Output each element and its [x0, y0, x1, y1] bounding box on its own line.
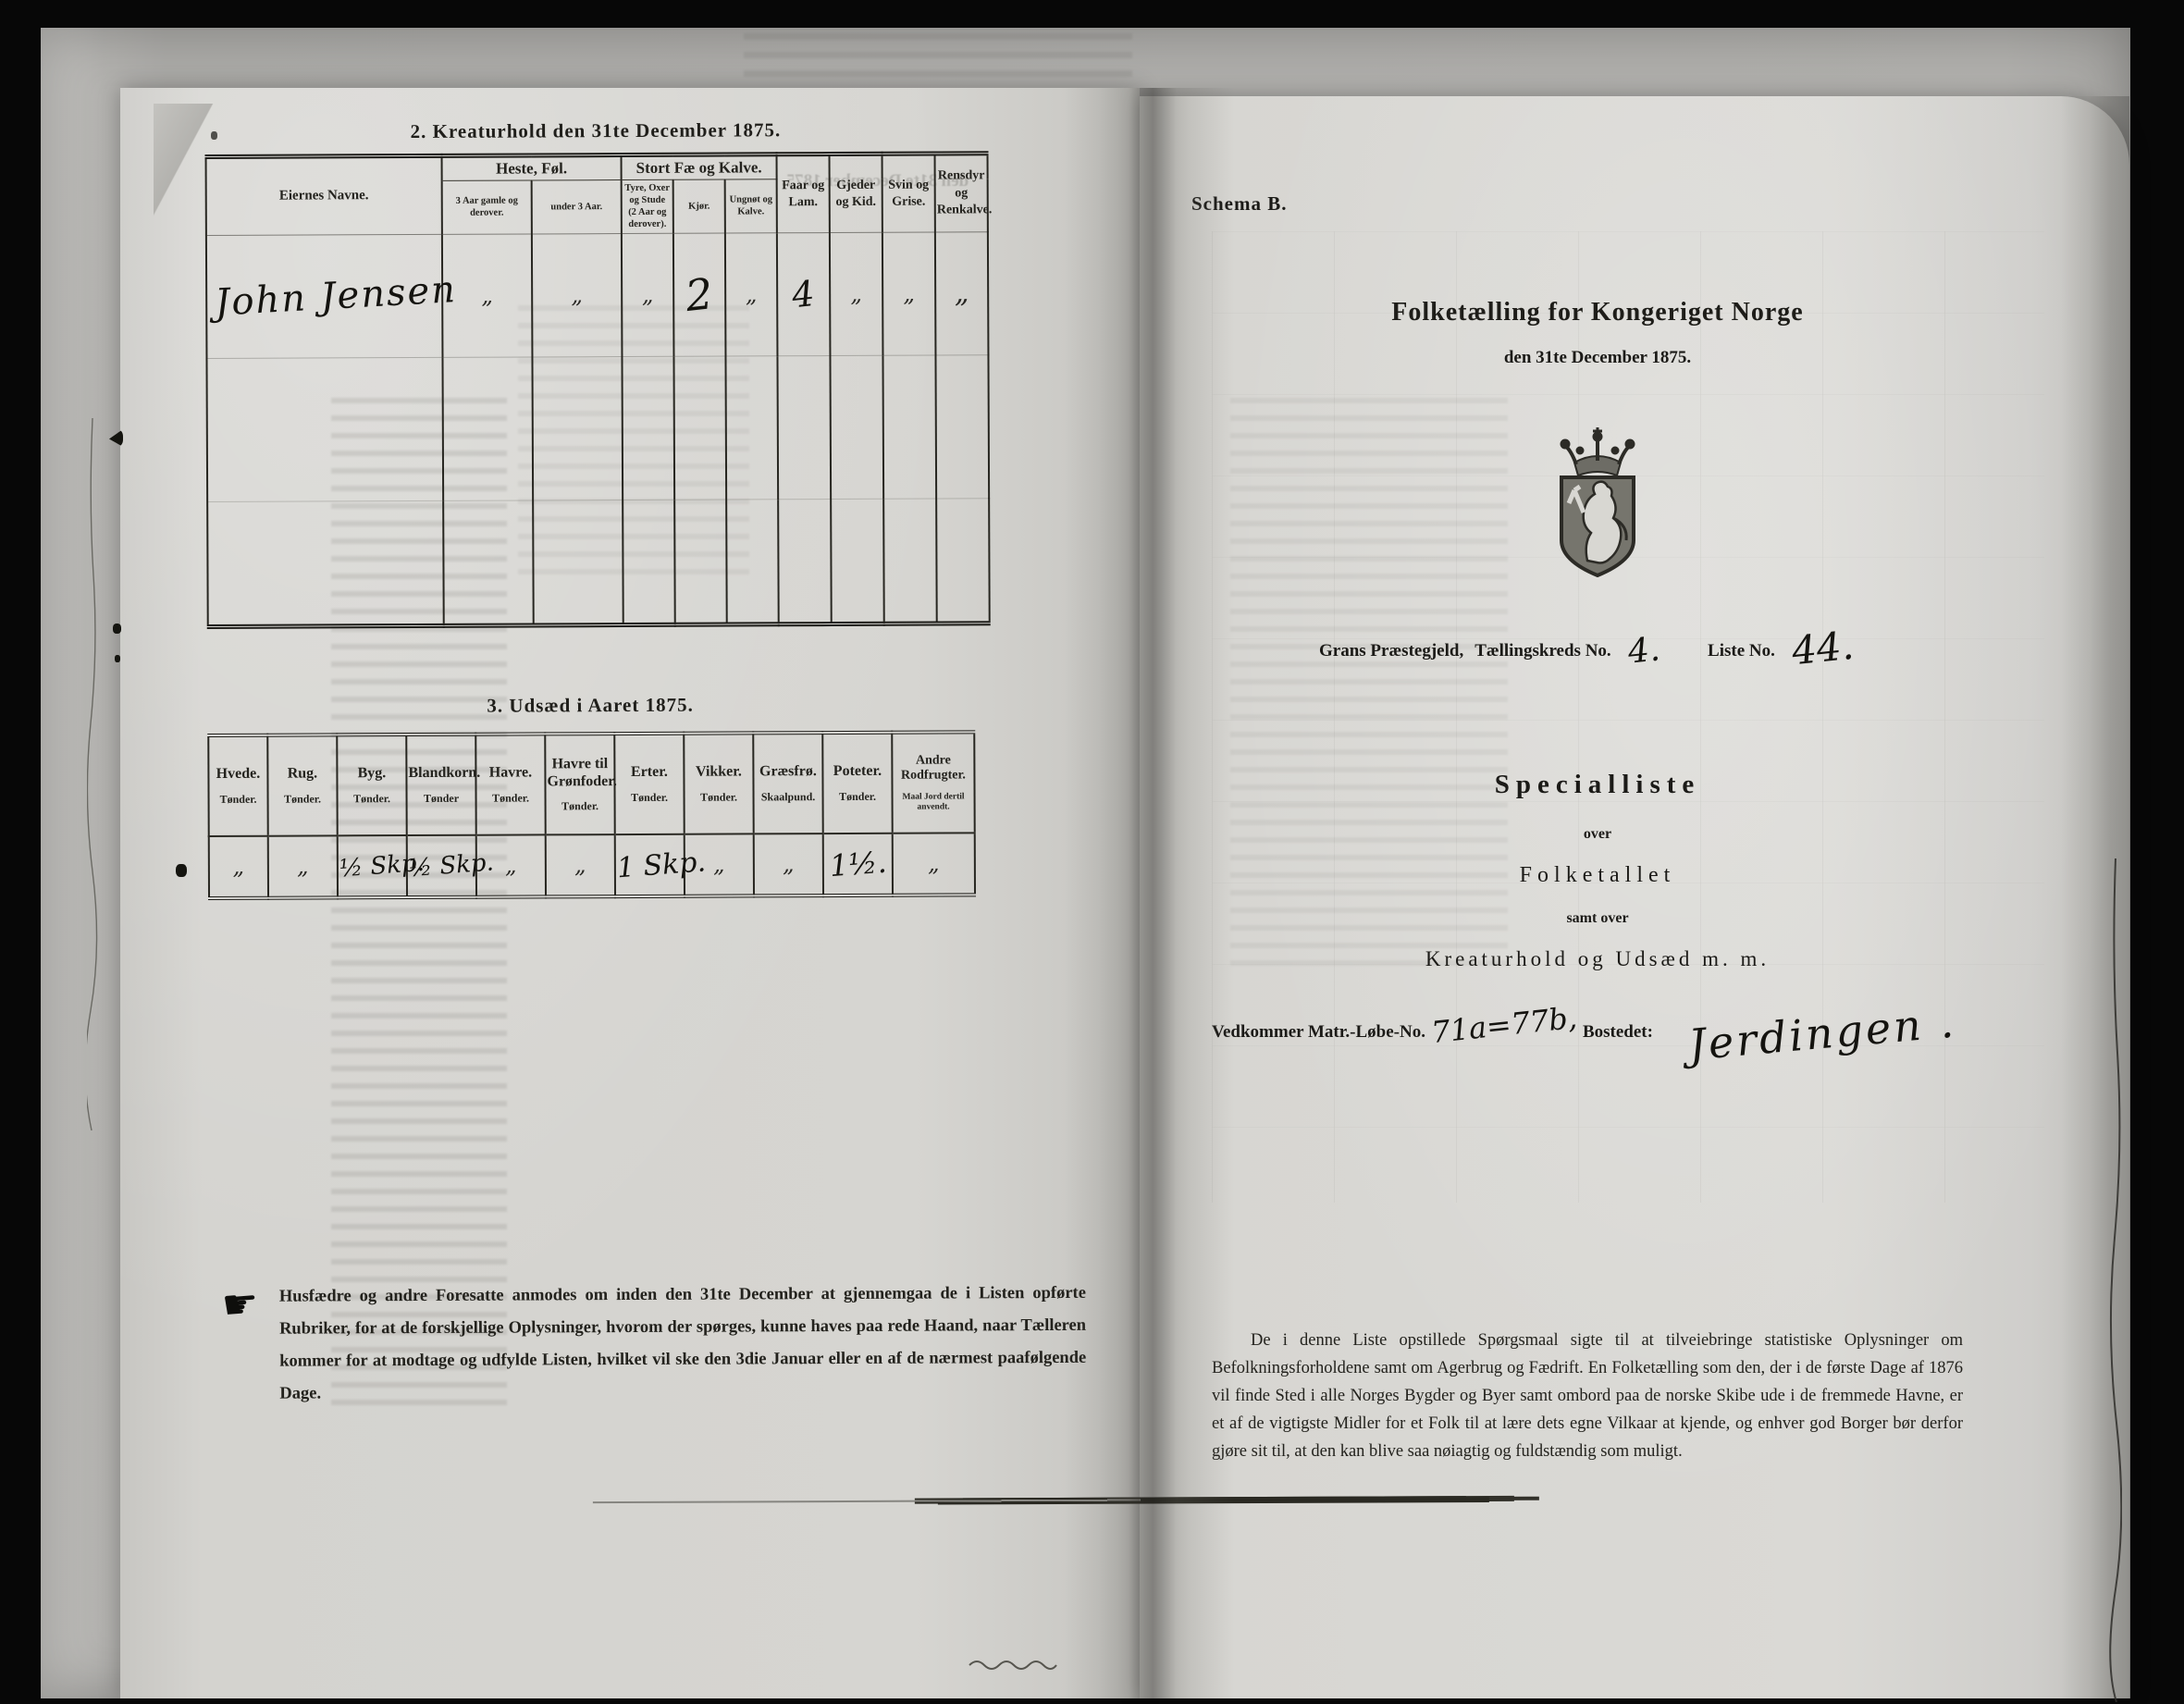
value-cell-goats: „	[830, 232, 883, 355]
crop-unit: Maal Jord dertil anvendt.	[895, 793, 973, 813]
crop-value-erter: 1 Skp.	[615, 834, 685, 896]
crop-col-rug: Rug.Tønder.	[267, 735, 337, 835]
crop-label: Havre.	[477, 765, 543, 783]
property-line: Vedkommer Matr.-Løbe-No. 71a=77b, Bosted…	[1212, 1007, 2091, 1058]
crop-value-graesfro: „	[754, 833, 823, 895]
handwritten-value: „	[850, 280, 862, 306]
col-header-owner: Eiernes Navne.	[206, 155, 442, 235]
crop-unit: Tønder.	[686, 790, 752, 804]
handwritten-value: „	[505, 853, 517, 879]
handwritten-value: „	[574, 852, 586, 878]
handwritten-list-number: 44.	[1789, 623, 1856, 674]
empty-row	[207, 498, 990, 626]
crop-col-byg: Byg.Tønder.	[337, 735, 406, 835]
special-list-heading: Specialliste over Folketallet samt over …	[1166, 770, 2030, 971]
crop-value-rodfrugter: „	[893, 833, 975, 895]
film-top-bleed-texture	[744, 33, 1132, 87]
crop-label: Græsfrø.	[755, 763, 821, 781]
crops-header-row: Hvede.Tønder. Rug.Tønder. Byg.Tønder. Bl…	[208, 732, 974, 836]
crop-col-blandkorn: Blandkorn.Tønder	[406, 735, 475, 835]
census-title: Folketælling for Kongeriget Norge	[1166, 298, 2030, 327]
empty-cell	[443, 500, 534, 624]
heading-specialliste: Specialliste	[1166, 770, 2030, 800]
handwritten-value: 1 Skp.	[616, 846, 707, 884]
left-page-content: 2. Kreaturhold den 31te December 1875. E…	[117, 86, 1143, 1701]
handwritten-value: „	[571, 282, 583, 308]
crop-col-graesfro: Græsfrø.Skaalpund.	[753, 733, 822, 833]
handwritten-value: „	[783, 851, 795, 877]
crop-unit: Skaalpund.	[756, 790, 821, 804]
value-cell-calves: „	[725, 232, 778, 355]
col-header-reindeer: Rensdyr og Renkalve.	[935, 154, 988, 232]
crop-unit: Tønder.	[548, 799, 613, 813]
crop-unit: Tønder.	[825, 789, 891, 803]
empty-cell	[830, 355, 883, 499]
empty-cell	[883, 499, 937, 624]
empty-cell	[882, 355, 936, 499]
heading-kreaturhold: Kreaturhold og Udsæd m. m.	[1166, 947, 2030, 971]
crop-value-poteter: 1½.	[823, 833, 893, 895]
handwritten-value: 1½.	[828, 845, 887, 883]
crop-label: Poteter.	[824, 763, 890, 781]
empty-cell	[533, 500, 623, 624]
crop-unit: Tønder.	[478, 791, 544, 805]
list-number-label: Liste No.	[1708, 641, 1775, 661]
empty-cell	[622, 356, 674, 500]
notice-paragraph: Husfædre og andre Foresatte anmodes om i…	[279, 1278, 1087, 1411]
manicule-icon: ☛	[220, 1279, 260, 1329]
empty-cell	[207, 500, 444, 626]
crop-unit: Tønder.	[617, 790, 683, 804]
value-cell-sheep: 4	[777, 232, 831, 355]
value-cell-reindeer: „	[935, 231, 989, 354]
crop-label: Blandkorn.	[408, 765, 474, 783]
crop-col-havre-gronfoder: Havre til Grønfoder.Tønder.	[545, 734, 614, 834]
value-cell-bulls: „	[622, 233, 674, 356]
crop-label: Andre Rodfrugter.	[894, 753, 972, 784]
handwritten-value: 2	[684, 268, 716, 321]
value-cell-cows: 2	[673, 233, 726, 356]
crop-col-vikker: Vikker.Tønder.	[684, 733, 753, 833]
empty-cell	[442, 356, 533, 500]
livestock-entry-row: John Jensen „ „ „ 2 „ 4 „ „ „	[206, 231, 989, 358]
empty-row	[206, 354, 989, 501]
heading-over: over	[1166, 826, 2030, 843]
col-group-horses: Heste, Føl.	[442, 155, 622, 181]
census-district-label: Tællingskreds No.	[1475, 641, 1610, 661]
norway-coat-of-arms-icon	[1543, 422, 1652, 590]
faint-rule	[593, 1500, 1141, 1504]
col-group-cattle: Stort Fæ og Kalve.	[622, 154, 777, 180]
dust-speck	[211, 131, 217, 140]
col-subheader-calves: Ungnøt og Kalve.	[725, 179, 777, 233]
handwritten-value: „	[928, 851, 940, 877]
handwritten-value: „	[297, 854, 309, 880]
crop-value-byg: ½ Skp.	[338, 835, 407, 897]
handwritten-value: „	[481, 282, 493, 308]
col-header-sheep: Faar og Lam.	[777, 154, 830, 233]
crops-entry-row: „ „ ½ Skp. ½ Skp. „ „ 1 Skp. „ „ 1½. „	[209, 833, 975, 898]
empty-cell	[206, 357, 443, 501]
residence-label: Bostedet:	[1583, 1022, 1653, 1042]
col-subheader-bulls: Tyre, Oxer og Stude (2 Aar og derover).	[622, 179, 673, 233]
census-title-block: Folketælling for Kongeriget Norge den 31…	[1166, 298, 2030, 368]
crop-label: Erter.	[616, 764, 682, 782]
ink-speck	[115, 655, 120, 662]
handwritten-owner-name: John Jensen	[214, 267, 458, 324]
coat-of-arms-wrap	[1166, 422, 2030, 595]
handwritten-value: 4	[790, 272, 817, 315]
header-group-row: Eiernes Navne. Heste, Føl. Stort Fæ og K…	[206, 154, 988, 182]
crop-value-rug: „	[268, 835, 338, 897]
heading-folketallet: Folketallet	[1166, 863, 2030, 888]
microfilm-scan: { "left_page": { "livestock_table": { "t…	[0, 0, 2184, 1704]
crops-table-title: 3. Udsæd i Aaret 1875.	[207, 692, 973, 719]
empty-cell	[935, 354, 989, 498]
col-header-goats: Gjeder og Kid.	[830, 154, 882, 232]
handwritten-residence-name: Jerdingen .	[1686, 996, 1958, 1069]
col-header-pigs: Svin og Grise.	[882, 154, 935, 232]
crop-label: Byg.	[339, 765, 404, 783]
crop-value-hvede: „	[209, 836, 268, 898]
handwritten-matr-number: 71a=77b,	[1429, 1000, 1578, 1050]
crop-label: Rug.	[269, 766, 335, 784]
empty-cell	[623, 500, 675, 624]
crop-value-blandkorn: ½ Skp.	[407, 835, 476, 897]
ink-speck	[113, 624, 121, 634]
empty-cell	[936, 498, 990, 623]
right-page-content: Schema B. Folketælling for Kongeriget No…	[1140, 96, 2129, 1698]
col-subheader-horses-old: 3 Aar gamle og derover.	[442, 180, 532, 234]
crop-col-rodfrugter: Andre Rodfrugter.Maal Jord dertil anvend…	[892, 732, 974, 833]
parish-name: Grans Præstegjeld,	[1319, 641, 1463, 661]
handwritten-value: „	[642, 281, 654, 307]
crop-unit: Tønder	[409, 791, 475, 805]
handwritten-district-number: 4.	[1626, 630, 1661, 671]
empty-cell	[673, 356, 726, 500]
empty-cell	[674, 500, 727, 624]
heading-samt-over: samt over	[1166, 910, 2030, 927]
crop-col-hvede: Hvede.Tønder.	[208, 735, 267, 836]
col-subheader-cows: Kjør.	[673, 179, 725, 233]
crop-col-poteter: Poteter.Tønder.	[822, 733, 892, 833]
crop-unit: Tønder.	[270, 792, 336, 806]
district-line: Grans Præstegjeld, Tællingskreds No. 4. …	[1140, 625, 2065, 671]
schema-label: Schema B.	[1191, 192, 1288, 216]
handwritten-value: „	[955, 277, 969, 309]
col-subheader-horses-young: under 3 Aar.	[532, 180, 622, 234]
crops-table: Hvede.Tønder. Rug.Tønder. Byg.Tønder. Bl…	[207, 730, 976, 900]
value-cell-pigs: „	[882, 232, 936, 355]
owner-name-cell: John Jensen	[206, 234, 443, 358]
census-date-line: den 31te December 1875.	[1166, 348, 2030, 368]
empty-cell	[725, 355, 778, 499]
livestock-table: Eiernes Navne. Heste, Føl. Stort Fæ og K…	[205, 151, 991, 628]
empty-cell	[777, 355, 831, 499]
empty-cell	[726, 499, 779, 624]
crop-unit: Tønder.	[211, 792, 266, 806]
crop-label: Hvede.	[210, 766, 265, 784]
crop-label: Havre til Grønfoder.	[547, 756, 612, 790]
handwritten-value: „	[746, 281, 758, 307]
info-paragraph: De i denne Liste opstillede Spørgsmaal s…	[1212, 1327, 1963, 1465]
matr-number-label: Vedkommer Matr.-Løbe-No.	[1212, 1022, 1425, 1042]
empty-cell	[532, 356, 623, 500]
empty-cell	[778, 499, 832, 624]
crop-label: Vikker.	[685, 764, 751, 782]
value-cell-horses-young: „	[532, 233, 623, 356]
handwritten-value: „	[713, 852, 725, 878]
crop-value-havre-gronfoder: „	[546, 834, 615, 896]
livestock-table-title: 2. Kreaturhold den 31te December 1875.	[204, 117, 986, 144]
crop-col-havre: Havre.Tønder.	[475, 734, 545, 834]
handwritten-value: „	[903, 280, 915, 306]
crop-col-erter: Erter.Tønder.	[614, 734, 684, 834]
handwritten-value: „	[233, 854, 245, 880]
ink-speck	[176, 864, 187, 877]
empty-cell	[831, 499, 884, 624]
crop-unit: Tønder.	[339, 792, 405, 806]
